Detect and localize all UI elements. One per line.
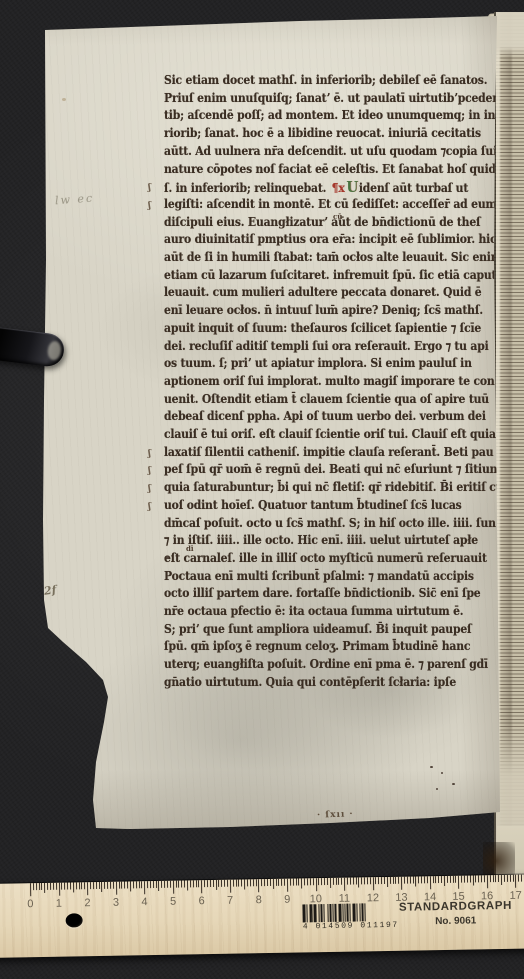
ruler-number: 4 (141, 896, 147, 908)
manuscript-leaf: Sic etiam docet mathſ. in inferiorib; de… (0, 0, 524, 979)
ruler-tick (490, 875, 491, 882)
ruler-ticks (0, 874, 524, 884)
ruler-tick (333, 878, 334, 885)
ruler-tick (421, 876, 422, 883)
ruler-tick (198, 880, 199, 887)
ruler-tick (81, 882, 82, 889)
manuscript-line: laxatiſ ſilentii catheniſ. impitie clauſ… (164, 446, 493, 458)
ruler-tick (287, 879, 288, 892)
ruler-tick (39, 883, 40, 890)
manuscript-line: leuauit. cum mulieri adultere peccata do… (164, 286, 482, 298)
ruler-tick (498, 875, 499, 882)
ruler-tick (395, 877, 396, 884)
ruler-tick (236, 880, 237, 887)
ruler-tick (227, 880, 228, 887)
ruler-tick (73, 882, 74, 892)
ruler-tick (453, 876, 454, 883)
ruler-tick (512, 875, 513, 882)
ruler-tick (156, 881, 157, 888)
barcode: 4 014509 011197 (302, 903, 389, 934)
manuscript-photo: Sic etiam docet mathſ. in inferiorib; de… (0, 0, 524, 979)
manuscript-line: etiam cū lazarum ſuſcitaret. infremuit ſ… (164, 269, 496, 281)
manuscript-line: quia ſaturabuntur; b̄i qui nc̄ fletiſ: q… (164, 481, 503, 493)
ruler-tick (258, 879, 259, 892)
ruler-tick (158, 881, 159, 891)
manuscript-line: diſcipuli eius. Euangłizaturʼ aūt de bn̄… (164, 216, 481, 228)
manuscript-line: nature cōpotes noſ faciat eē celeſtis. E… (164, 163, 517, 175)
ruler-tick (244, 879, 245, 889)
ruler-tick (373, 877, 374, 890)
interlinear-gloss: cū (333, 212, 342, 221)
ruler-tick (347, 878, 348, 885)
ruler-tick (173, 881, 174, 894)
ruler-tick (304, 878, 305, 885)
ruler-tick (273, 879, 274, 889)
ruler-tick (387, 877, 388, 887)
ruler-tick (335, 878, 336, 885)
ruler-tick (350, 878, 351, 885)
ruler-tick (181, 881, 182, 888)
ruler-tick (295, 879, 296, 886)
ruler-tick (324, 878, 325, 885)
manuscript-line: ſpū. qm̄ ipſoʒ ē regnum celoʒ. Primam b̄… (164, 640, 470, 652)
ruler-number: 0 (27, 898, 33, 910)
ruler-tick (256, 879, 257, 886)
ruler-tick (33, 883, 34, 890)
ruler-tick (47, 883, 48, 890)
ruler-tick (455, 876, 456, 883)
ruler-tick (321, 878, 322, 885)
ruler-tick (470, 876, 471, 883)
manuscript-line: auro diuinitatiſ pmptius ora er̄a: incip… (164, 233, 496, 245)
ruler-tick (41, 883, 42, 890)
nota-mark: ʃ (148, 201, 151, 211)
ruler-tick (501, 875, 502, 885)
ruler-tick (507, 875, 508, 882)
ruler-tick (178, 881, 179, 888)
ruler-tick (176, 881, 177, 888)
ruler-tick (144, 881, 145, 894)
barcode-gap (366, 903, 369, 921)
ruler-tick (487, 875, 488, 888)
manuscript-line: aūtt. Ad uulnera nr̄a deſcendit. ut uſu … (164, 145, 497, 157)
manuscript-line: uterq; euangłiſta poſuit. Ordine enī pma… (164, 658, 488, 670)
ruler-tick (478, 875, 479, 882)
ruler-tick (307, 878, 308, 885)
manuscript-line: dm̄caſ poſuit. octo u ſcs̄ mathſ. S; in … (164, 517, 496, 529)
ruler-tick (398, 877, 399, 884)
manuscript-line: octo illiſ partem dare. fortaſſe bn̄dict… (164, 587, 481, 599)
ruler-tick (467, 876, 468, 883)
margin-note-faded: lw ec (55, 192, 95, 208)
ruler-tick (141, 881, 142, 888)
ruler-tick (438, 876, 439, 883)
ruler-number: 1 (56, 898, 62, 910)
ruler-tick (127, 881, 128, 888)
ruler-tick (267, 879, 268, 886)
ink-speck (452, 783, 455, 785)
ruler-tick (96, 882, 97, 889)
ruler-number: 8 (256, 894, 262, 906)
ruler-tick (401, 877, 402, 890)
ruler-tick (504, 875, 505, 882)
ruler-tick (56, 883, 57, 890)
ruler-tick (424, 876, 425, 883)
ruler-tick (36, 883, 37, 890)
ruler-tick (364, 877, 365, 884)
ruler-tick (124, 882, 125, 889)
ruler: 01234567891011121314151617 4 014509 0111… (0, 874, 524, 958)
ruler-tick (427, 876, 428, 883)
ruler-tick (510, 875, 511, 882)
ruler-tick (104, 882, 105, 889)
manuscript-line: enī leuare ocłos. n̄ intuuſ lum̄ apire? … (164, 304, 483, 316)
ruler-hole (66, 913, 83, 927)
ruler-tick (495, 875, 496, 882)
ruler-tick (450, 876, 451, 883)
ruler-tick (193, 880, 194, 887)
manuscript-line: debeaſ dicenſ ppha. Api oſ tuum uerbo de… (164, 410, 486, 422)
manuscript-line: Priuſ enim unuſquiſq; ſanatʼ ē. ut paula… (164, 92, 500, 104)
ruler-tick (518, 875, 519, 882)
ruler-tick (98, 882, 99, 889)
manuscript-line: Sic etiam docet mathſ. in inferiorib; de… (164, 74, 487, 86)
ruler-tick (318, 878, 319, 885)
manuscript-line: uoſ odint hoīeſ. Quatuor tantum b̄tudine… (164, 499, 462, 511)
ruler-tick (250, 879, 251, 886)
ruler-tick (293, 879, 294, 886)
manuscript-line: peſ ſpū qr̄ uom̄ ē regnū dei. Beati qui … (164, 463, 497, 475)
ruler-tick (375, 877, 376, 884)
ruler-tick (378, 877, 379, 884)
margin-mark: 2f (43, 583, 57, 598)
nota-mark: ʃ (148, 484, 151, 494)
nota-mark: ʃ (148, 183, 151, 193)
ruler-tick (93, 882, 94, 889)
manuscript-line: legiſti: aſcendit in montē. Et cū ſediſſ… (164, 198, 497, 210)
ruler-tick (458, 876, 459, 889)
ruler-tick (247, 879, 248, 886)
nota-mark: ʃ (148, 449, 151, 459)
ruler-tick (484, 875, 485, 882)
ruler-tick (415, 876, 416, 886)
barcode-bars (302, 903, 388, 922)
ruler-tick (221, 880, 222, 887)
ruler-tick (153, 881, 154, 888)
ruler-tick (384, 877, 385, 884)
manuscript-line: Poctaua enī multi ſcribunt̄ pſalmi: ⁊ ma… (164, 570, 474, 582)
ruler-tick (447, 876, 448, 883)
ruler-tick (118, 882, 119, 889)
ruler-tick (167, 881, 168, 888)
ruler-number: 7 (227, 895, 233, 907)
manuscript-line: riorib; ſanat. hoc ē a libidine reuocat.… (164, 127, 481, 139)
ruler-tick (475, 875, 476, 882)
ruler-tick (253, 879, 254, 886)
ruler-tick (164, 881, 165, 888)
ruler-tick (196, 880, 197, 887)
ruler-brand-block: STANDARDGRAPH No. 9061 (380, 899, 524, 928)
ruler-tick (136, 881, 137, 888)
ruler-tick (413, 877, 414, 884)
ruler-tick (390, 877, 391, 884)
ruler-tick (435, 876, 436, 883)
ruler-tick (170, 881, 171, 888)
ruler-tick (50, 883, 51, 890)
ruler-tick (298, 878, 299, 885)
ruler-tick (353, 878, 354, 885)
ruler-tick (233, 880, 234, 887)
ruler-tick (59, 883, 60, 896)
ruler-number: 5 (170, 896, 176, 908)
ruler-tick (207, 880, 208, 887)
ruler-tick (190, 880, 191, 887)
ruler-tick (121, 882, 122, 889)
ruler-tick (61, 883, 62, 890)
ruler-tick (87, 882, 88, 895)
ruler-tick (110, 882, 111, 889)
ruler-tick (464, 876, 465, 883)
ruler-tick (315, 878, 316, 891)
manuscript-line: dei. recluſiſ aditiſ templi ſui ora reſe… (164, 340, 489, 352)
ruler-tick (370, 877, 371, 884)
ruler-tick (358, 877, 359, 887)
ruler-tick (201, 880, 202, 893)
ruler-tick (101, 882, 102, 892)
ruler-tick (281, 879, 282, 886)
ruler-tick (133, 881, 134, 888)
ruler-tick (278, 879, 279, 886)
ruler-tick (113, 882, 114, 889)
ink-speck (430, 766, 433, 768)
manuscript-line: ſ. in inferiorib; relinquebat. ¶xUidenſ … (164, 180, 468, 195)
ruler-tick (361, 877, 362, 884)
manuscript-line: apuit inquit oſ ſuum: theſauros ſcilicet… (164, 322, 481, 334)
ruler-tick (418, 876, 419, 883)
barcode-digits: 4 014509 011197 (303, 921, 389, 931)
ruler-tick (355, 877, 356, 884)
decorated-initial: U (346, 178, 359, 196)
ruler-tick (30, 883, 31, 896)
ruler-tick (341, 878, 342, 885)
ruler-number: 6 (198, 895, 204, 907)
ruler-tick (184, 880, 185, 887)
ruler-tick (472, 875, 473, 885)
ruler-tick (270, 879, 271, 886)
nota-mark: ʃ (148, 466, 151, 476)
ruler-tick (216, 880, 217, 890)
ruler-model: No. 9061 (381, 914, 524, 928)
ruler-tick (264, 879, 265, 886)
manuscript-line: uenit. Oſtendit etiam t̄ clauem ſcientie… (164, 393, 489, 405)
ruler-tick (116, 882, 117, 895)
ruler-tick (230, 880, 231, 893)
ruler-tick (276, 879, 277, 886)
ruler-tick (238, 880, 239, 887)
ruler-tick (393, 877, 394, 884)
ruler-tick (79, 882, 80, 889)
ruler-tick (76, 882, 77, 889)
ruler-tick (210, 880, 211, 887)
ruler-tick (481, 875, 482, 882)
rubric-mark: ¶x (330, 181, 347, 195)
ruler-tick (515, 875, 516, 888)
ruler-tick (367, 877, 368, 884)
nota-mark: ʃ (148, 502, 151, 512)
ink-speck (166, 556, 169, 559)
ruler-tick (492, 875, 493, 882)
ruler-tick (313, 878, 314, 885)
ruler-tick (224, 880, 225, 887)
ruler-tick (310, 878, 311, 885)
ruler-tick (410, 877, 411, 884)
ruler-tick (213, 880, 214, 887)
ruler-tick (381, 877, 382, 884)
line-text: ſ. in inferiorib; relinquebat. (164, 181, 330, 195)
ink-speck (436, 788, 438, 790)
ruler-brand: STANDARDGRAPH (380, 899, 524, 914)
ruler-tick (90, 882, 91, 889)
ruler-tick (107, 882, 108, 889)
manuscript-line: tib; aſcendē poſſ; ad montem. Et ideo un… (164, 109, 506, 121)
manuscript-line: os tuum. ſ; priʼ ut apiatur implora. Si … (164, 357, 472, 369)
ruler-tick (290, 879, 291, 886)
manuscript-line: eſt carnaleſ. ille in illiſ octo myſticū… (164, 552, 487, 564)
ruler-tick (138, 881, 139, 888)
ruler-tick (444, 876, 445, 886)
ruler-tick (407, 877, 408, 884)
ruler-tick (150, 881, 151, 888)
ruler-tick (218, 880, 219, 887)
ink-speck (441, 772, 443, 774)
ruler-number: 9 (284, 894, 290, 906)
line-text: idenſ aūt turbaſ ut (359, 181, 468, 195)
ruler-tick (84, 882, 85, 889)
ruler-tick (433, 876, 434, 883)
ruler-tick (521, 875, 522, 882)
ruler-tick (241, 879, 242, 886)
manuscript-line: clauiſ ē tui oriſ. eſt clauiſ ſcientie o… (164, 428, 496, 440)
ruler-tick (344, 878, 345, 891)
ruler-tick (44, 883, 45, 893)
ruler-tick (327, 878, 328, 885)
ruler-number: 2 (84, 897, 90, 909)
manuscript-line: aptionem oriſ ſui implorat. multo magiſ … (164, 375, 495, 387)
manuscript-line: aūt de ſi in humili ſtabat: tam̄ ocłos a… (164, 251, 502, 263)
interlinear-gloss: dī (186, 544, 194, 553)
manuscript-line: ⁊ in iſtiſ. iiii.. ille octo. Hic enī. i… (164, 534, 478, 546)
ruler-tick (404, 877, 405, 884)
manuscript-line: nr̄e octaua pfectio ē: ita octaua ſumma … (164, 605, 463, 617)
ruler-tick (261, 879, 262, 886)
ruler-number: 3 (113, 897, 119, 909)
manuscript-line: gn̄atio uirtutum. Quia qui contēpſerit ſ… (164, 676, 456, 688)
ruler-tick (284, 879, 285, 886)
ruler-tick (338, 878, 339, 885)
ruler-tick (187, 880, 188, 890)
quire-signature: · ſxıı · (317, 809, 354, 820)
ruler-tick (301, 878, 302, 888)
ruler-tick (461, 876, 462, 883)
stain-spot (62, 98, 66, 101)
ruler-tick (430, 876, 431, 889)
ruler-tick (204, 880, 205, 887)
ruler-tick (53, 883, 54, 890)
ruler-tick (161, 881, 162, 888)
ruler-tick (147, 881, 148, 888)
ruler-tick (441, 876, 442, 883)
ruler-tick (64, 883, 65, 890)
ruler-tick (70, 882, 71, 889)
ruler-tick (130, 881, 131, 891)
manuscript-line: S; priʼ que ſunt ampliora uideamuſ. B̄i … (164, 623, 472, 635)
ruler-tick (67, 883, 68, 890)
ruler-tick (330, 878, 331, 888)
